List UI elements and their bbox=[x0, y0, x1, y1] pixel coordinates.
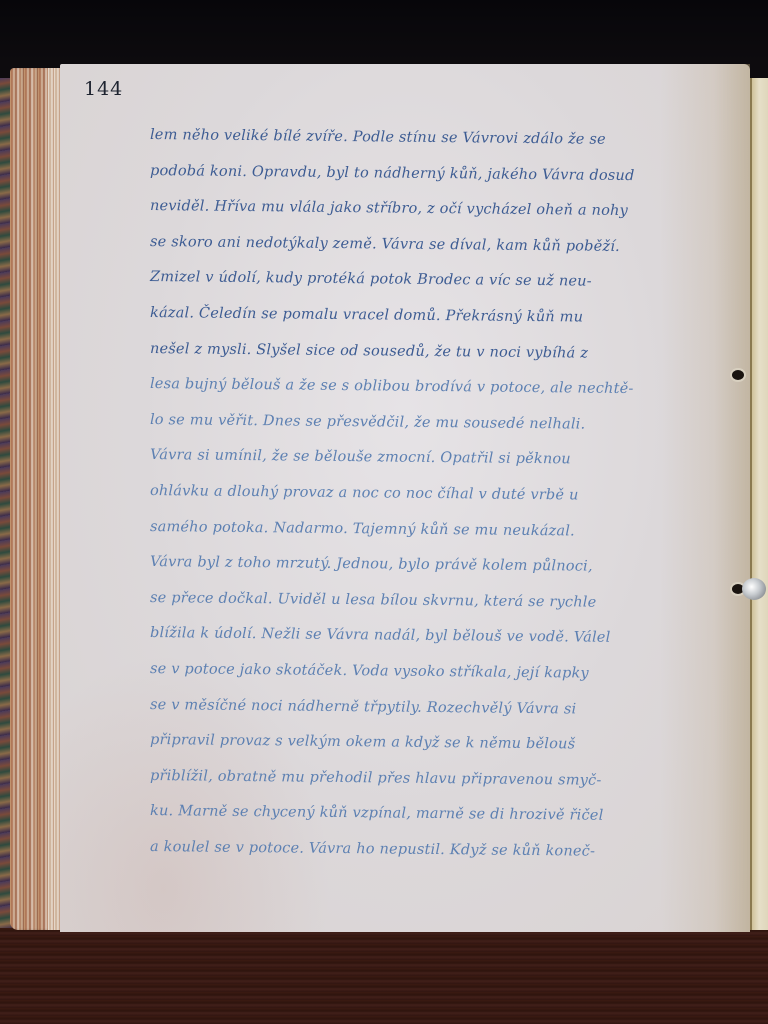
page-number: 144 bbox=[84, 78, 123, 100]
facing-page-edge bbox=[750, 78, 768, 930]
text-line: lem něho veliké bílé zvíře. Podle stínu … bbox=[150, 118, 732, 160]
text-line: Zmizel v údolí, kudy protéká potok Brode… bbox=[150, 260, 732, 302]
text-line: se v potoce jako skotáček. Voda vysoko s… bbox=[150, 652, 732, 694]
handwritten-text: lem něho veliké bílé zvíře. Podle stínu … bbox=[150, 118, 732, 865]
binding-hole-icon bbox=[732, 370, 744, 380]
text-line: ohlávku a dlouhý provaz a noc co noc číh… bbox=[150, 474, 732, 516]
text-line: Vávra byl z toho mrzutý. Jednou, bylo pr… bbox=[150, 545, 732, 587]
text-line: kázal. Čeledín se pomalu vracel domů. Př… bbox=[150, 296, 732, 338]
wooden-table bbox=[0, 928, 768, 1024]
text-line: lesa bujný bělouš a že se s oblibou brod… bbox=[150, 367, 732, 409]
photo-scene: 144 lem něho veliké bílé zvíře. Podle st… bbox=[0, 0, 768, 1024]
text-line: blížila k údolí. Nežli se Vávra nadál, b… bbox=[150, 616, 732, 658]
text-line: neviděl. Hříva mu vlála jako stříbro, z … bbox=[150, 189, 732, 231]
text-line: ku. Marně se chycený kůň vzpínal, marně … bbox=[150, 794, 732, 836]
page-edges-stack bbox=[10, 68, 62, 930]
text-line: a koulel se v potoce. Vávra ho nepustil.… bbox=[150, 830, 732, 872]
binder-ring-icon bbox=[742, 578, 766, 600]
text-line: připravil provaz s velkým okem a když se… bbox=[150, 723, 732, 765]
text-line: Vávra si umínil, že se bělouše zmocní. O… bbox=[150, 438, 732, 480]
